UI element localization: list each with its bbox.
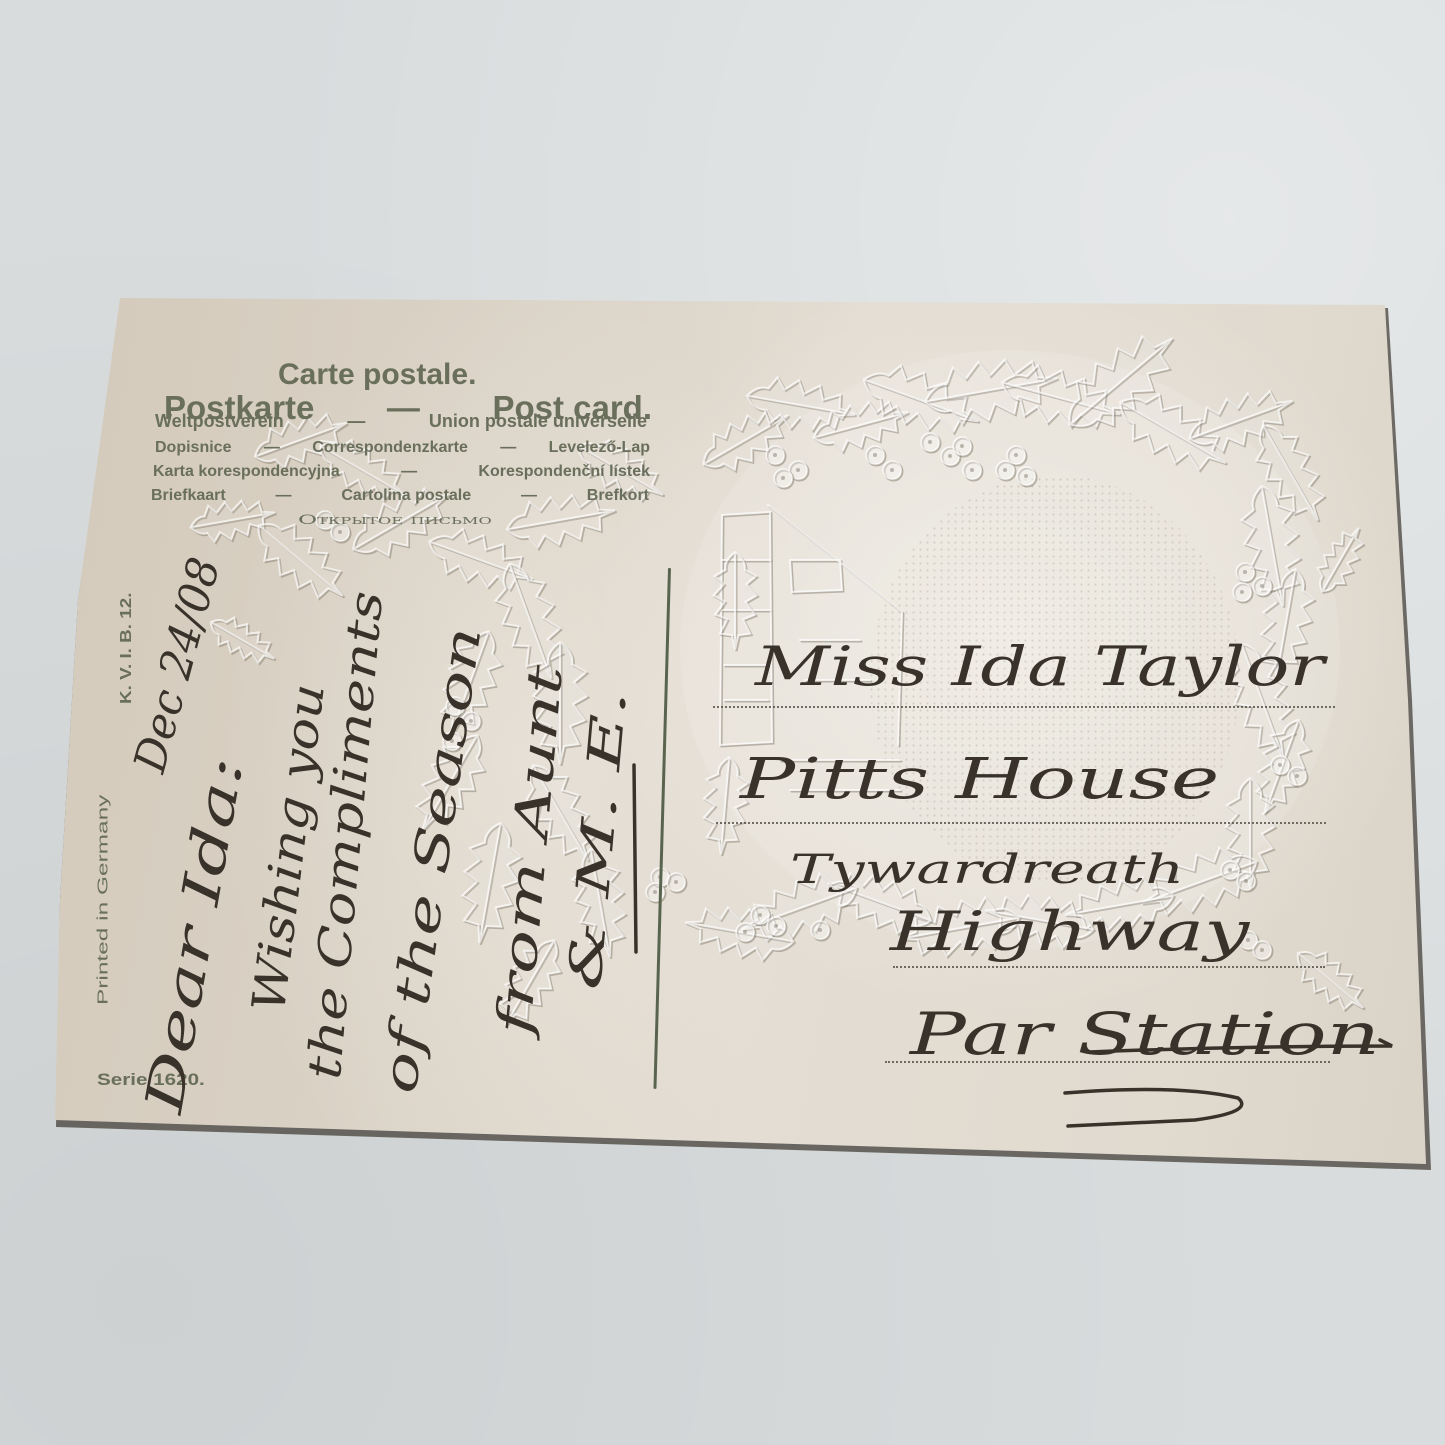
postcard: Carte postale. Postkarte — Post card. We… (0, 0, 1445, 1445)
station-tail-stroke (1090, 1040, 1392, 1052)
message-underline-stroke (634, 765, 636, 952)
address-underline-flourish (1065, 1089, 1242, 1126)
ink-flourishes (0, 0, 1445, 1445)
